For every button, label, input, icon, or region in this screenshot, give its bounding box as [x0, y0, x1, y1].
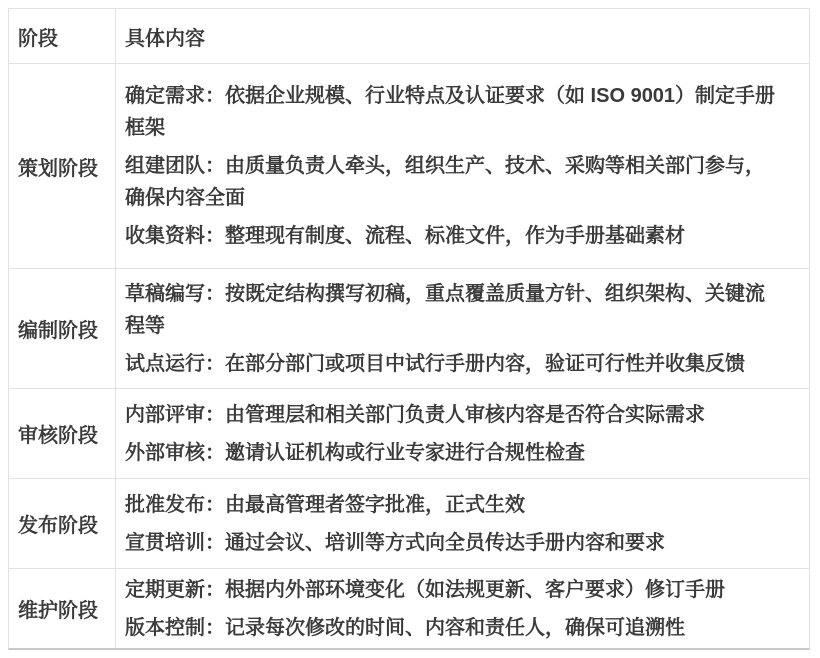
content-item: 确定需求：依据企业规模、行业特点及认证要求（如 ISO 9001）制定手册框架 — [125, 80, 781, 144]
content-item: 收集资料：整理现有制度、流程、标准文件，作为手册基础素材 — [125, 220, 781, 252]
content-item: 外部审核：邀请认证机构或行业专家进行合规性检查 — [125, 437, 781, 469]
table-row-maintenance: 维护阶段 定期更新：根据内外部环境变化（如法规更新、客户要求）修订手册 版本控制… — [9, 568, 809, 648]
stage-cell: 维护阶段 — [9, 569, 116, 648]
header-content-label: 具体内容 — [125, 22, 781, 51]
content-item: 版本控制：记录每次修改的时间、内容和责任人，确保可追溯性 — [125, 612, 781, 644]
stage-label: 编制阶段 — [18, 314, 98, 343]
stage-label: 审核阶段 — [18, 419, 98, 448]
header-stage-label: 阶段 — [18, 22, 58, 51]
content-item: 宣贯培训：通过会议、培训等方式向全员传达手册内容和要求 — [125, 527, 781, 559]
content-cell: 内部评审：由管理层和相关部门负责人审核内容是否符合实际需求 外部审核：邀请认证机… — [116, 389, 809, 478]
content-item: 内部评审：由管理层和相关部门负责人审核内容是否符合实际需求 — [125, 399, 781, 431]
stage-label: 维护阶段 — [18, 594, 98, 623]
table-row-planning: 策划阶段 确定需求：依据企业规模、行业特点及认证要求（如 ISO 9001）制定… — [9, 63, 809, 268]
stage-label: 发布阶段 — [18, 509, 98, 538]
content-item: 试点运行：在部分部门或项目中试行手册内容，验证可行性并收集反馈 — [125, 348, 781, 380]
content-item: 批准发布：由最高管理者签字批准，正式生效 — [125, 489, 781, 521]
content-cell: 批准发布：由最高管理者签字批准，正式生效 宣贯培训：通过会议、培训等方式向全员传… — [116, 479, 809, 568]
stage-cell: 审核阶段 — [9, 389, 116, 478]
content-item: 草稿编写：按既定结构撰写初稿，重点覆盖质量方针、组织架构、关键流程等 — [125, 278, 781, 342]
stage-cell: 发布阶段 — [9, 479, 116, 568]
stages-table: 阶段 具体内容 策划阶段 确定需求：依据企业规模、行业特点及认证要求（如 ISO… — [8, 8, 810, 650]
table-row-drafting: 编制阶段 草稿编写：按既定结构撰写初稿，重点覆盖质量方针、组织架构、关键流程等 … — [9, 268, 809, 388]
table-row-release: 发布阶段 批准发布：由最高管理者签字批准，正式生效 宣贯培训：通过会议、培训等方… — [9, 478, 809, 568]
table-header-row: 阶段 具体内容 — [9, 9, 809, 63]
header-content-cell: 具体内容 — [116, 9, 809, 63]
content-cell: 确定需求：依据企业规模、行业特点及认证要求（如 ISO 9001）制定手册框架 … — [116, 64, 809, 268]
table-row-review: 审核阶段 内部评审：由管理层和相关部门负责人审核内容是否符合实际需求 外部审核：… — [9, 388, 809, 478]
content-cell: 定期更新：根据内外部环境变化（如法规更新、客户要求）修订手册 版本控制：记录每次… — [116, 569, 809, 648]
stage-cell: 编制阶段 — [9, 269, 116, 388]
header-stage-cell: 阶段 — [9, 9, 116, 63]
stage-cell: 策划阶段 — [9, 64, 116, 268]
content-cell: 草稿编写：按既定结构撰写初稿，重点覆盖质量方针、组织架构、关键流程等 试点运行：… — [116, 269, 809, 388]
content-item: 定期更新：根据内外部环境变化（如法规更新、客户要求）修订手册 — [125, 574, 781, 606]
content-item: 组建团队：由质量负责人牵头，组织生产、技术、采购等相关部门参与，确保内容全面 — [125, 150, 781, 214]
stage-label: 策划阶段 — [18, 152, 98, 181]
